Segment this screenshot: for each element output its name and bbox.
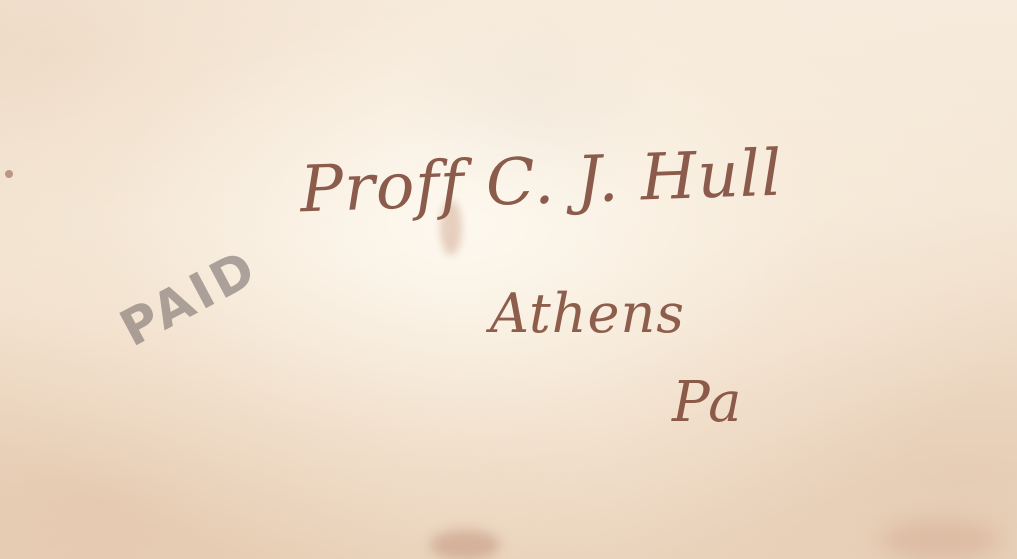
- recipient-city: Athens: [490, 282, 685, 345]
- paper-stain: [880, 520, 1000, 559]
- paid-postmark: PAID: [111, 238, 268, 358]
- recipient-name: Proff C. J. Hull: [299, 137, 784, 228]
- paper-spot: [5, 170, 13, 178]
- recipient-state: Pa: [672, 370, 743, 435]
- paper-stain: [430, 530, 500, 559]
- envelope: PAID Proff C. J. Hull Athens Pa: [0, 0, 1017, 559]
